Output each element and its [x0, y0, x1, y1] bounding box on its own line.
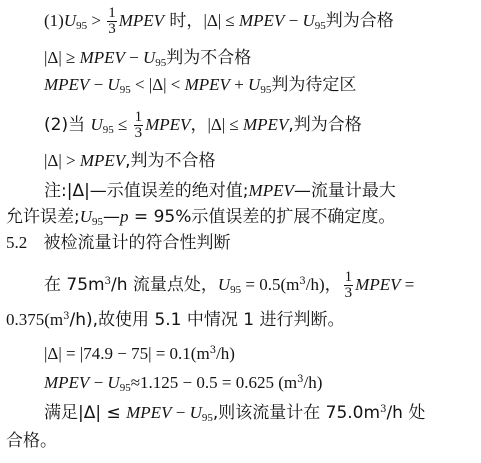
- calc-text: /h): [303, 373, 322, 392]
- em-dash: —: [103, 207, 120, 227]
- minus-sign: −: [125, 48, 143, 67]
- calc-text: /h): [216, 344, 235, 363]
- u95-symbol: U: [248, 75, 260, 94]
- mpev-symbol: MPEV: [80, 48, 125, 67]
- abs-delta-cond: |Δ| ≤: [207, 115, 243, 134]
- mpev-symbol: MPEV: [119, 11, 164, 30]
- u95-symbol: U: [302, 11, 314, 30]
- note-prefix: 注:|Δ|—示值误差的绝对值;: [44, 181, 249, 201]
- conclusion-text: ,则该流量计在 75.0m: [213, 403, 380, 423]
- mpev-symbol: MPEV: [80, 151, 125, 170]
- u95-symbol: U: [90, 115, 102, 134]
- subscript-95: 95: [230, 284, 241, 296]
- u95-symbol: U: [64, 11, 76, 30]
- case2-condition-line: (2)当 U95 ≤ 13MPEV，|Δ| ≤ MPEV,判为合格: [44, 110, 362, 141]
- u95-symbol: U: [107, 75, 119, 94]
- case1-fail-line: |Δ| ≥ MPEV − U95判为不合格: [44, 47, 251, 69]
- minus-sign: −: [89, 75, 107, 94]
- calc-abs-delta: |Δ| = |74.9 − 75| = 0.1(m3/h): [44, 343, 235, 365]
- frac-den: 3: [134, 126, 144, 141]
- subscript-95: 95: [120, 382, 131, 394]
- conclusion-text: 合格。: [6, 431, 57, 451]
- case-label: (1): [44, 11, 64, 30]
- note-mid: —流量计最大: [294, 181, 396, 201]
- section-number: 5.2: [6, 233, 27, 252]
- calc-text: |Δ| = |74.9 − 75| = 0.1(m: [44, 344, 210, 363]
- one-third-fraction: 13: [344, 270, 354, 301]
- gt-sign: >: [87, 11, 105, 30]
- para-text: 在 75m: [44, 275, 105, 295]
- frac-num: 1: [344, 270, 354, 286]
- calc-mpev-minus-u95: MPEV − U95≈1.125 − 0.5 = 0.625 (m3/h): [44, 372, 322, 394]
- case2-fail-line: |Δ| > MPEV,判为不合格: [44, 150, 216, 172]
- note-text: 允许误差;: [6, 207, 80, 227]
- note-text: = 95%示值误差的扩展不确定度。: [129, 207, 396, 227]
- frac-num: 1: [134, 110, 144, 126]
- u95-symbol: U: [143, 48, 155, 67]
- comma: ，: [190, 115, 207, 135]
- section-heading: 5.2 被检流量计的符合性判断: [6, 232, 230, 254]
- equals-sign: =: [401, 275, 415, 294]
- mpev-symbol: MPEV: [239, 11, 284, 30]
- verdict-pass: ,判为合格: [288, 115, 361, 135]
- abs-delta-cond: |Δ| ≤: [203, 11, 239, 30]
- note-line-1: 注:|Δ|—示值误差的绝对值;MPEV—流量计最大: [44, 180, 396, 202]
- mpev-symbol: MPEV: [44, 373, 89, 392]
- paragraph-flow-point: 在 75m3/h 流量点处，U95 = 0.5(m3/h)，13MPEV =: [44, 270, 414, 301]
- u95-symbol: U: [107, 373, 119, 392]
- abs-delta-cond: |Δ| ≥: [44, 48, 80, 67]
- verdict-pending: 判为待定区: [271, 75, 356, 95]
- p-symbol: p: [120, 207, 129, 226]
- frac-num: 1: [107, 6, 117, 22]
- para-text: = 0.5(m: [241, 275, 299, 294]
- one-third-fraction: 13: [107, 6, 117, 37]
- subscript-95: 95: [155, 57, 166, 69]
- verdict-fail: 判为不合格: [166, 48, 251, 68]
- one-third-fraction: 13: [134, 110, 144, 141]
- verdict-fail: ,判为不合格: [125, 151, 215, 171]
- para-text: /h),故使用 5.1 中情况 1 进行判断。: [70, 310, 345, 330]
- mpev-symbol: MPEV: [249, 181, 294, 200]
- subscript-95: 95: [315, 20, 326, 32]
- case1-pending-line: MPEV − U95 < |Δ| < MPEV + U95判为待定区: [44, 74, 356, 96]
- minus-sign: −: [89, 373, 107, 392]
- verdict-pass: 判为合格: [326, 11, 394, 31]
- mpev-symbol: MPEV: [355, 275, 400, 294]
- conclusion-text: /h 处: [386, 403, 425, 423]
- calc-text: ≈1.125 − 0.5 = 0.625 (m: [131, 373, 297, 392]
- para-text: /h)，: [306, 275, 342, 294]
- para-text: /h 流量点处，: [111, 275, 218, 295]
- u95-symbol: U: [190, 403, 202, 422]
- subscript-95: 95: [260, 84, 271, 96]
- subscript-95: 95: [202, 412, 213, 424]
- frac-den: 3: [107, 22, 117, 37]
- le-sign: ≤: [114, 115, 132, 134]
- mpev-symbol: MPEV: [126, 403, 171, 422]
- case1-condition-line: (1)U95 > 13MPEV 时，|Δ| ≤ MPEV − U95判为合格: [44, 6, 394, 37]
- para-text: 0.375(m: [6, 310, 63, 329]
- mpev-symbol: MPEV: [145, 115, 190, 134]
- section-title: 被检流量计的符合性判断: [43, 233, 230, 253]
- conclusion-line-2: 合格。: [6, 430, 57, 452]
- mpev-symbol: MPEV: [185, 75, 230, 94]
- u95-symbol: U: [218, 275, 230, 294]
- subscript-95: 95: [120, 84, 131, 96]
- u95-symbol: U: [80, 207, 92, 226]
- note-line-2: 允许误差;U95—p = 95%示值误差的扩展不确定度。: [6, 206, 395, 228]
- mpev-symbol: MPEV: [44, 75, 89, 94]
- case-label: (2)当: [44, 115, 90, 135]
- conclusion-line-1: 满足|Δ| ≤ MPEV − U95,则该流量计在 75.0m3/h 处: [44, 402, 425, 424]
- paragraph-continuation: 0.375(m3/h),故使用 5.1 中情况 1 进行判断。: [6, 309, 345, 331]
- mpev-symbol: MPEV: [243, 115, 288, 134]
- subscript-95: 95: [76, 20, 87, 32]
- minus-sign: −: [171, 403, 189, 422]
- abs-delta-cond: |Δ| >: [44, 151, 80, 170]
- when-text: 时，: [164, 11, 203, 31]
- frac-den: 3: [344, 286, 354, 301]
- conclusion-text: 满足|Δ| ≤: [44, 403, 126, 423]
- plus-sign: +: [230, 75, 248, 94]
- subscript-95: 95: [92, 216, 103, 228]
- abs-delta-range: < |Δ| <: [131, 75, 185, 94]
- minus-sign: −: [284, 11, 302, 30]
- subscript-95: 95: [103, 124, 114, 136]
